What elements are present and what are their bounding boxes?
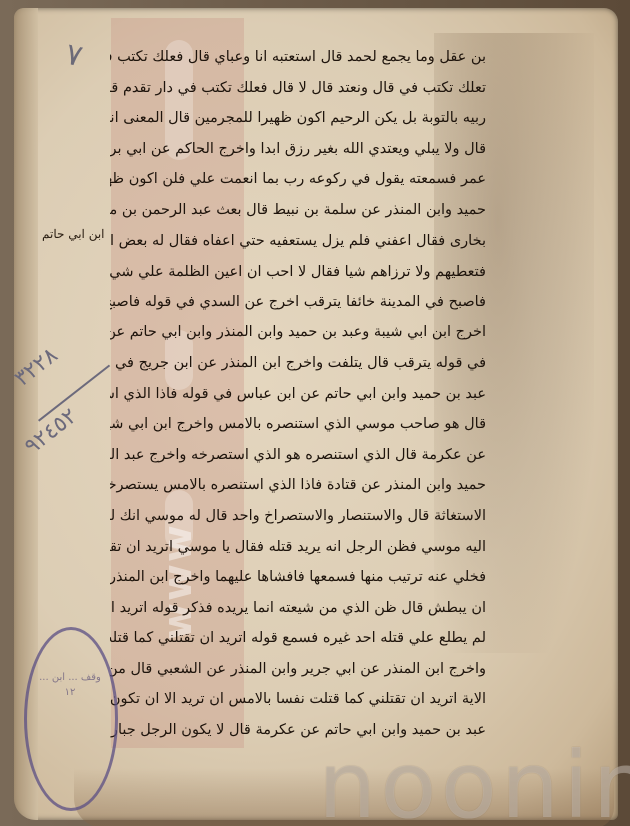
text-line: عمر فسمعته يقول في ركوعه رب بما انعمت عل… (110, 164, 486, 195)
text-line: قال ولا يبلي ويعتدي الله بغير رزق ابدا و… (110, 134, 486, 165)
text-line: تعلك تكتب في قال ونعتد قال لا قال فعلك ت… (110, 73, 486, 104)
margin-note: ابن ابي حاتم (42, 227, 105, 241)
text-line: عبد بن حميد وابن ابي حاتم عن ابن عباس في… (110, 379, 486, 410)
text-line: لم يطلع علي قتله احد غيره فسمع قوله اتري… (110, 623, 486, 654)
manuscript-text: بن عقل وما يجمع لحمد قال استعتبه انا وعب… (110, 42, 486, 746)
text-line: فتعطيهم ولا ترزاهم شيا فقال لا احب ان اع… (110, 256, 486, 287)
text-line: واخرج ابن المنذر عن ابي جرير وابن المنذر… (110, 654, 486, 685)
text-line: عن عكرمة قال الذي استنصره هو الذي استصرخ… (110, 440, 486, 471)
text-line: الاستغاثة قال والاستنصار والاستصراخ واحد… (110, 501, 486, 532)
text-line: ربيه بالتوبة بل يكن الرحيم اكون ظهيرا لل… (110, 103, 486, 134)
text-line: ان يبطش قال ظن الذي من شيعته انما يريده … (110, 593, 486, 624)
text-line: فخلي عنه ترتيب منها فسمعها فافشاها عليهم… (110, 562, 486, 593)
text-line: بن عقل وما يجمع لحمد قال استعتبه انا وعب… (110, 42, 486, 73)
text-line: حميد وابن المنذر عن قتادة فاذا الذي استن… (110, 470, 486, 501)
seal-stamp: وقف ... ابن ... ١٢ (24, 627, 118, 811)
text-line: الاية اتريد ان تقتلني كما قتلت نفسا بالا… (110, 684, 486, 715)
text-line: فاصبح في المدينة خائفا يترقب اخرج عن الس… (110, 287, 486, 318)
text-line: اليه موسي فظن الرجل انه يريد قتله فقال ي… (110, 532, 486, 563)
text-line: حميد وابن المنذر عن سلمة بن نبيط قال بعث… (110, 195, 486, 226)
seal-text: وقف ... ابن ... ١٢ (35, 670, 105, 700)
bottom-watermark: noonir (318, 740, 630, 826)
text-line: اخرج ابن ابي شيبة وعبد بن حميد وابن المن… (110, 317, 486, 348)
manuscript-scene: www ٧ ابن ابي حاتم ٣٢٢٨ ٩٢٤٥٢ بن عقل وما… (0, 0, 630, 826)
text-line: في قوله يترقب قال يتلفت واخرج ابن المنذر… (110, 348, 486, 379)
text-line: قال هو صاحب موسي الذي استنصره بالامس واخ… (110, 409, 486, 440)
text-line: بخارى فقال اعفني فلم يزل يستعفيه حتي اعف… (110, 226, 486, 257)
